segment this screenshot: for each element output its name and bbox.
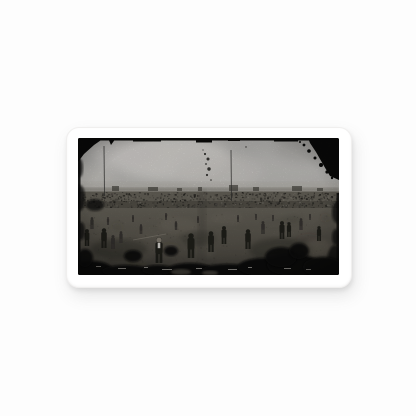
vintage-photo xyxy=(78,138,339,275)
product-photo-stage xyxy=(0,0,416,416)
photo-grain-overlay xyxy=(78,138,339,275)
die-cut-magnet xyxy=(66,127,352,288)
vintage-photo-frame xyxy=(78,138,339,275)
